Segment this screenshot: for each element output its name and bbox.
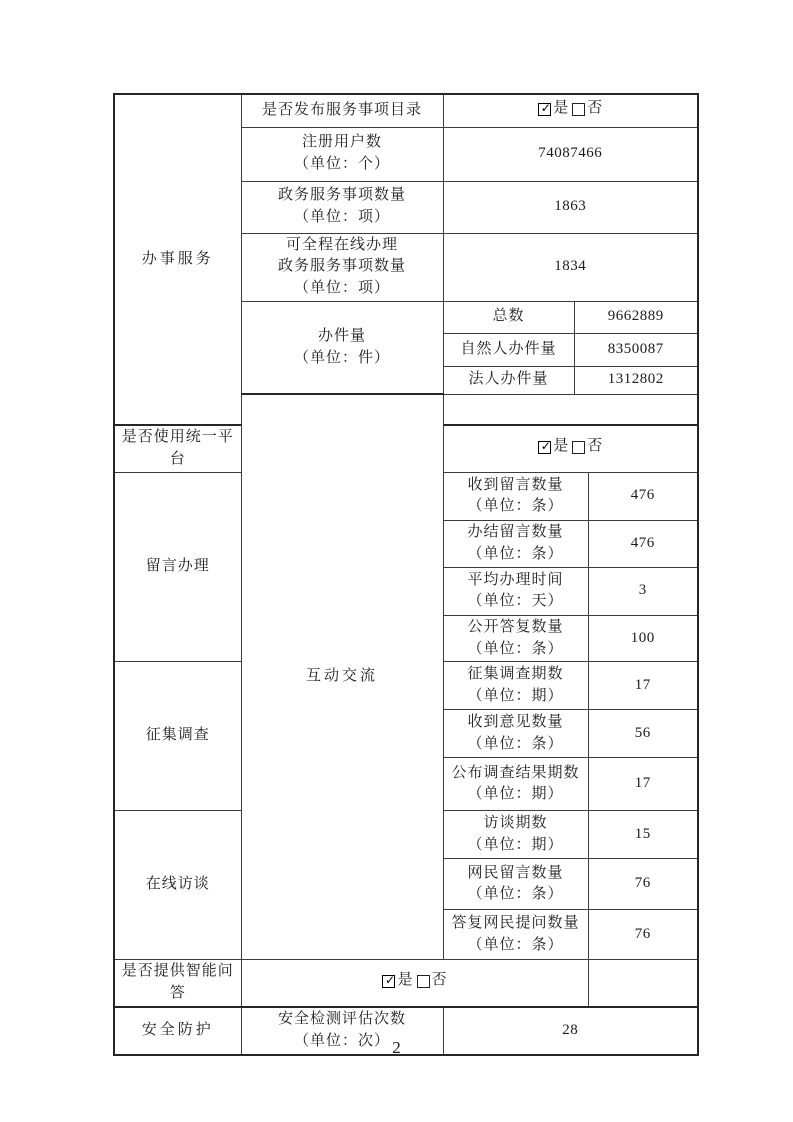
- subrow-label: 收到意见数量 （单位：条）: [443, 710, 588, 758]
- row-label: 留言办理: [114, 472, 241, 662]
- subrow-value: 15: [588, 811, 698, 859]
- row-label: 是否使用统一平台: [114, 425, 241, 472]
- checkbox-checked-icon: ✓: [538, 441, 551, 454]
- subrow-value: 1312802: [574, 366, 698, 394]
- subrow-label: 办结留言数量 （单位：条）: [443, 520, 588, 567]
- subrow-value: 76: [588, 910, 698, 960]
- subrow-value: 9662889: [574, 301, 698, 333]
- row-label: 政务服务事项数量 （单位：项）: [241, 181, 443, 233]
- subrow-label: 自然人办件量: [443, 333, 574, 366]
- document-page: 办事服务 是否发布服务事项目录 ✓是否 注册用户数 （单位：个） 7408746…: [0, 0, 793, 1122]
- row-label: 是否提供智能问答: [114, 960, 241, 1007]
- checkbox-unchecked-icon: [417, 975, 430, 988]
- subrow-value: 476: [588, 472, 698, 520]
- checkbox-checked-icon: ✓: [538, 103, 551, 116]
- interaction-section-label: 互动交流: [241, 394, 443, 960]
- subrow-label: 答复网民提问数量 （单位：条）: [443, 910, 588, 960]
- row-label: 注册用户数 （单位：个）: [241, 127, 443, 181]
- row-value-yesno: ✓是否: [443, 94, 698, 127]
- subrow-value: 56: [588, 710, 698, 758]
- check-mark-icon: ✓: [539, 439, 552, 454]
- subrow-label: 公开答复数量 （单位：条）: [443, 615, 588, 662]
- subrow-value: 17: [588, 662, 698, 710]
- check-mark-icon: ✓: [383, 973, 396, 988]
- annual-report-table: 办事服务 是否发布服务事项目录 ✓是否 注册用户数 （单位：个） 7408746…: [113, 93, 699, 1056]
- service-section-label: 办事服务: [114, 94, 241, 425]
- check-mark-icon: ✓: [539, 101, 552, 116]
- checkbox-checked-icon: ✓: [382, 975, 395, 988]
- row-label: 可全程在线办理 政务服务事项数量 （单位：项）: [241, 233, 443, 301]
- row-label: 在线访谈: [114, 811, 241, 960]
- subrow-value: 8350087: [574, 333, 698, 366]
- subrow-value: 3: [588, 567, 698, 615]
- row-value: 1863: [443, 181, 698, 233]
- subrow-label: 访谈期数 （单位：期）: [443, 811, 588, 859]
- subrow-label: 收到留言数量 （单位：条）: [443, 472, 588, 520]
- subrow-label: 总数: [443, 301, 574, 333]
- subrow-value: 100: [588, 615, 698, 662]
- subrow-label: 法人办件量: [443, 366, 574, 394]
- row-label: 征集调查: [114, 662, 241, 811]
- subrow-label: 征集调查期数 （单位：期）: [443, 662, 588, 710]
- checkbox-unchecked-icon: [572, 103, 585, 116]
- subrow-value: 76: [588, 859, 698, 910]
- subrow-label: 网民留言数量 （单位：条）: [443, 859, 588, 910]
- no-label: 否: [432, 970, 447, 992]
- yes-label: 是: [553, 98, 568, 120]
- row-value-yesno: ✓是否: [443, 425, 698, 472]
- no-label: 否: [587, 98, 602, 120]
- row-label: 是否发布服务事项目录: [241, 94, 443, 127]
- checkbox-unchecked-icon: [572, 441, 585, 454]
- subrow-value: 476: [588, 520, 698, 567]
- subrow-label: 平均办理时间 （单位：天）: [443, 567, 588, 615]
- subrow-label: 公布调查结果期数 （单位：期）: [443, 758, 588, 811]
- row-value: 1834: [443, 233, 698, 301]
- row-label: 办件量 （单位：件）: [241, 301, 443, 394]
- page-number: 2: [0, 1038, 793, 1058]
- yes-label: 是: [553, 436, 568, 458]
- yes-label: 是: [397, 970, 412, 992]
- subrow-value: 17: [588, 758, 698, 811]
- no-label: 否: [587, 436, 602, 458]
- row-value-yesno: ✓是否: [241, 960, 588, 1007]
- row-value: 74087466: [443, 127, 698, 181]
